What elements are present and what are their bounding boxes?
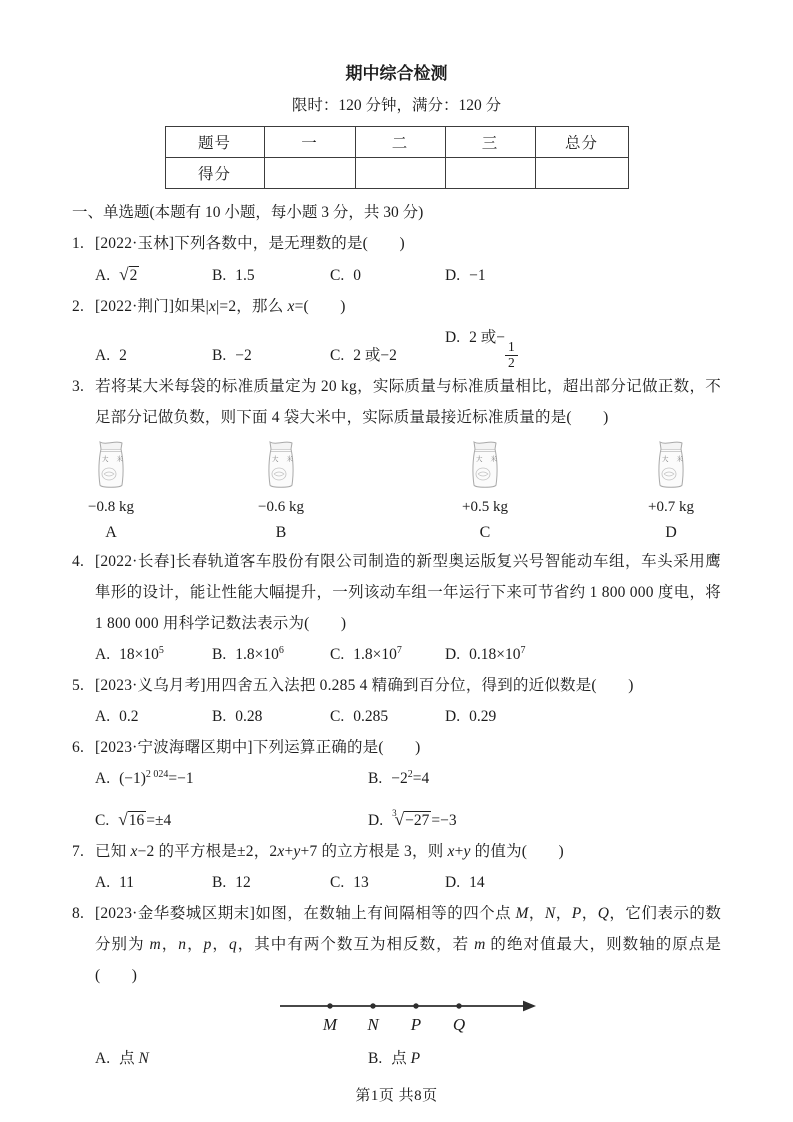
option-b: B.1.8×106 [212,639,330,670]
bag-weight-label: +0.5 kg [454,498,516,516]
bag-text: 大米 [272,454,298,463]
question-number: 4. [72,546,95,577]
question-2-stem: 2.[2022·荆门]如果|x|=2，那么 x=( ) [72,291,721,322]
bag-weight-label: +0.7 kg [640,498,702,516]
question-8-options: A.点 N B.点 P [72,1043,721,1074]
question-7: 7.已知 x−2 的平方根是±2，2x+y+7 的立方根是 3，则 x+y 的值… [72,836,721,898]
bag-text: 大米 [662,454,688,463]
bag-choice-letter: C [454,523,516,543]
score-table-cell-part3: 三 [445,127,535,158]
rice-bag-icon: 大米 [654,438,688,492]
question-1-stem: 1.[2022·玉林]下列各数中，是无理数的是( ) [72,228,721,259]
score-table-header-row: 题号 一 二 三 总分 [165,127,628,158]
question-number: 1. [72,228,95,259]
question-8: 8.[2023·金华婺城区期末]如图，在数轴上有间隔相等的四个点 M，N，P，Q… [72,898,721,1074]
score-cell-empty [535,158,628,189]
question-1-options: A.√2 B.1.5 C.0 D.−1 [72,259,721,291]
question-text: 若将某大米每袋的标准质量定为 20 kg，实际质量与标准质量相比，超出部分记做正… [95,378,721,426]
option-a: A.√2 [95,259,212,291]
option-a: A.18×105 [95,639,212,670]
score-table-cell-part2: 二 [355,127,445,158]
point-label-p: P [410,1015,421,1034]
option-b: B.−22=4 [368,763,721,794]
score-row-label: 得分 [165,158,264,189]
option-b: B.点 P [368,1043,721,1074]
question-5-stem: 5.[2023·义乌月考]用四舍五入法把 0.285 4 精确到百分位，得到的近… [72,670,721,701]
option-d: D.2 或−12 [445,322,721,371]
question-7-stem: 7.已知 x−2 的平方根是±2，2x+y+7 的立方根是 3，则 x+y 的值… [72,836,721,867]
option-d: D.14 [445,867,721,898]
score-table-cell-label: 题号 [165,127,264,158]
score-cell-empty [264,158,355,189]
score-table-cell-part1: 一 [264,127,355,158]
score-table: 题号 一 二 三 总分 得分 [165,126,629,189]
question-text: [2023·宁波海曙区期中]下列运算正确的是( ) [95,739,421,756]
rice-bag-d: 大米 +0.7 kg D [640,438,702,543]
question-8-stem: 8.[2023·金华婺城区期末]如图，在数轴上有间隔相等的四个点 M，N，P，Q… [72,898,721,991]
rice-bag-a: 大米 −0.8 kg A [80,438,142,543]
option-c: C.0.285 [330,701,445,732]
question-text: [2023·义乌月考]用四舍五入法把 0.285 4 精确到百分位，得到的近似数… [95,677,634,694]
question-number: 8. [72,898,95,929]
page-title: 期中综合检测 [72,62,721,86]
option-c: C.13 [330,867,445,898]
question-text: [2022·玉林]下列各数中，是无理数的是( ) [95,235,405,252]
question-text: [2022·长春]长春轨道客车股份有限公司制造的新型奥运版复兴号智能动车组，车头… [95,553,721,632]
bag-weight-label: −0.8 kg [80,498,142,516]
rice-bag-icon: 大米 [264,438,298,492]
page-footer: 第1页 共8页 [72,1082,721,1110]
question-6-options: A.(−1)2 024=−1 B.−22=4 C.√16=±4 D.3√−27=… [72,763,721,836]
rice-bags-figure: 大米 −0.8 kg A 大米 −0.6 kg B [72,438,721,543]
question-7-options: A.11 B.12 C.13 D.14 [72,867,721,898]
section-heading: 一、单选题(本题有 10 小题，每小题 3 分，共 30 分) [72,197,721,228]
option-c: C.0 [330,260,445,291]
option-c: C.√16=±4 [95,804,368,836]
option-b: B.12 [212,867,330,898]
option-a: A.11 [95,867,212,898]
question-4-options: A.18×105 B.1.8×106 C.1.8×107 D.0.18×107 [72,639,721,670]
exam-time-score-info: 限时：120 分钟，满分：120 分 [72,95,721,117]
question-text: 已知 x−2 的平方根是±2，2x+y+7 的立方根是 3，则 x+y 的值为(… [95,843,564,860]
question-number: 6. [72,732,95,763]
bag-choice-letter: B [250,523,312,543]
option-d: D.−1 [445,260,721,291]
score-table-cell-total: 总分 [535,127,628,158]
question-number: 7. [72,836,95,867]
number-line: M N P Q [278,995,540,1041]
option-a: A.(−1)2 024=−1 [95,763,368,794]
question-6: 6.[2023·宁波海曙区期中]下列运算正确的是( ) A.(−1)2 024=… [72,732,721,836]
option-d: D.0.29 [445,701,721,732]
rice-bag-icon: 大米 [94,438,128,492]
option-a: A.0.2 [95,701,212,732]
option-c: C.2 或−2 [330,340,445,371]
bag-choice-letter: A [80,523,142,543]
question-5: 5.[2023·义乌月考]用四舍五入法把 0.285 4 精确到百分位，得到的近… [72,670,721,732]
score-cell-empty [445,158,535,189]
question-2: 2.[2022·荆门]如果|x|=2，那么 x=( ) A.2 B.−2 C.2… [72,291,721,371]
point-label-n: N [366,1015,380,1034]
bag-weight-label: −0.6 kg [250,498,312,516]
option-b: B.0.28 [212,701,330,732]
question-3-stem: 3.若将某大米每袋的标准质量定为 20 kg，实际质量与标准质量相比，超出部分记… [72,371,721,433]
question-1: 1.[2022·玉林]下列各数中，是无理数的是( ) A.√2 B.1.5 C.… [72,228,721,291]
bag-text: 大米 [102,454,128,463]
question-5-options: A.0.2 B.0.28 C.0.285 D.0.29 [72,701,721,732]
exam-page: 期中综合检测 限时：120 分钟，满分：120 分 题号 一 二 三 总分 得分… [0,0,793,1122]
score-cell-empty [355,158,445,189]
option-a: A.点 N [95,1043,368,1074]
question-text: [2022·荆门]如果|x|=2，那么 x=( ) [95,298,346,315]
rice-bag-c: 大米 +0.5 kg C [454,438,516,543]
option-d: D.3√−27=−3 [368,798,721,836]
number-line-figure: M N P Q [278,995,721,1043]
question-4-stem: 4.[2022·长春]长春轨道客车股份有限公司制造的新型奥运版复兴号智能动车组，… [72,546,721,639]
question-2-options: A.2 B.−2 C.2 或−2 D.2 或−12 [72,322,721,371]
question-4: 4.[2022·长春]长春轨道客车股份有限公司制造的新型奥运版复兴号智能动车组，… [72,546,721,670]
rice-bag-icon: 大米 [468,438,502,492]
option-d: D.0.18×107 [445,639,721,670]
option-c: C.1.8×107 [330,639,445,670]
question-6-stem: 6.[2023·宁波海曙区期中]下列运算正确的是( ) [72,732,721,763]
option-b: B.−2 [212,340,330,371]
option-b: B.1.5 [212,260,330,291]
question-text: [2023·金华婺城区期末]如图，在数轴上有间隔相等的四个点 M，N，P，Q，它… [95,905,721,984]
bag-text: 大米 [476,454,502,463]
option-a: A.2 [95,340,212,371]
point-label-m: M [322,1015,338,1034]
score-table-score-row: 得分 [165,158,628,189]
bag-choice-letter: D [640,523,702,543]
point-label-q: Q [453,1015,465,1034]
question-number: 3. [72,371,95,402]
question-3: 3.若将某大米每袋的标准质量定为 20 kg，实际质量与标准质量相比，超出部分记… [72,371,721,543]
question-number: 5. [72,670,95,701]
question-number: 2. [72,291,95,322]
rice-bag-b: 大米 −0.6 kg B [250,438,312,543]
